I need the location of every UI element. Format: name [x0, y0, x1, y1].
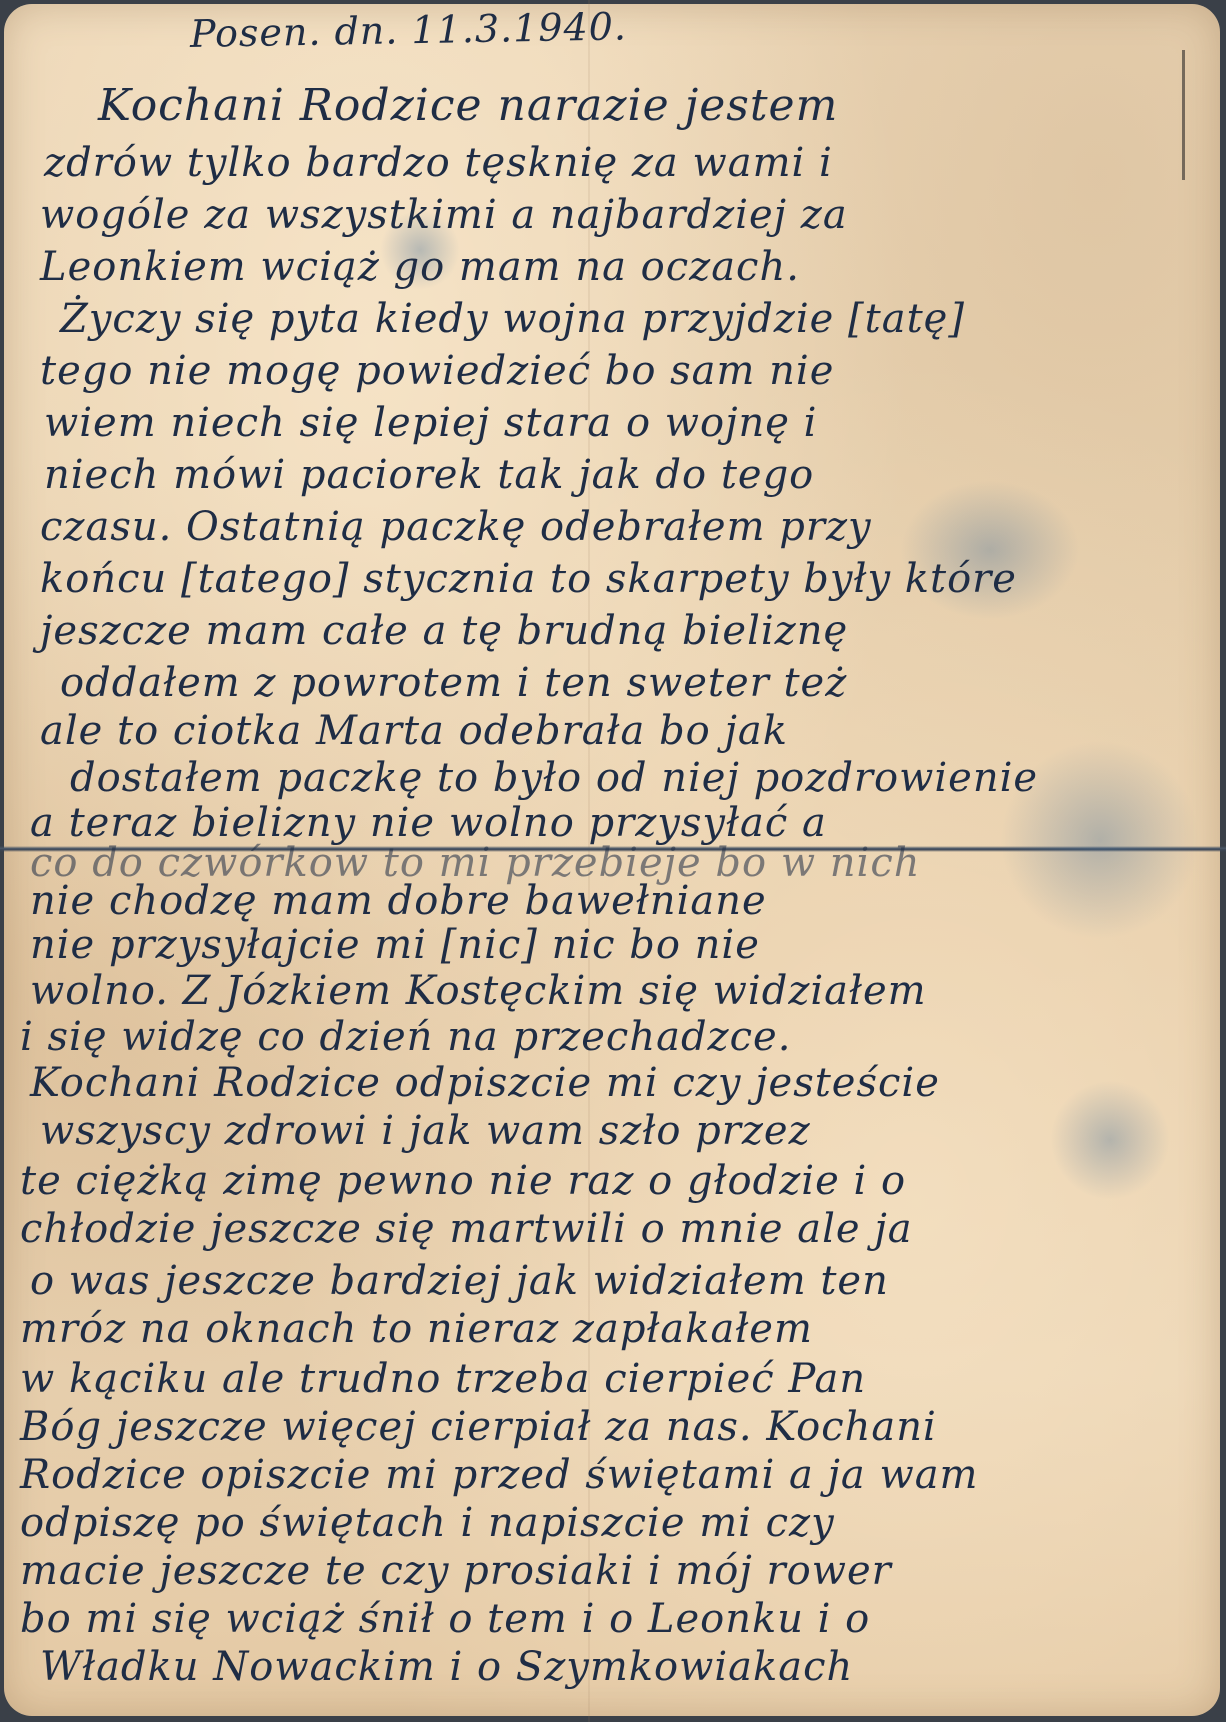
letter-line: te ciężką zimę pewno nie raz o głodzie i…: [20, 1158, 906, 1204]
letter-line: dostałem paczkę to było od niej pozdrowi…: [70, 755, 1038, 801]
letter-line: czasu. Ostatnią paczkę odebrałem przy: [40, 504, 872, 550]
letter-line: wiem niech się lepiej stara o wojnę i: [44, 400, 817, 446]
letter-line: tego nie mogę powiedzieć bo sam nie: [40, 348, 834, 394]
letter-line: mróz na oknach to nieraz zapłakałem: [20, 1306, 813, 1352]
letter-line: oddałem z powrotem i ten sweter też: [60, 660, 847, 706]
letter-line: w kąciku ale trudno trzeba cierpieć Pan: [20, 1356, 866, 1402]
letter-line: chłodzie jeszcze się martwili o mnie ale…: [20, 1206, 913, 1252]
letter-body: Posen. dn. 11.3.1940. Kochani Rodzice na…: [0, 0, 1226, 1722]
letter-line: Leonkiem wciąż go mam na oczach.: [40, 244, 800, 290]
letter-line: macie jeszcze te czy prosiaki i mój rowe…: [20, 1548, 892, 1594]
place-date-heading: Posen. dn. 11.3.1940.: [190, 4, 628, 56]
letter-line: wszyscy zdrowi i jak wam szło przez: [40, 1108, 811, 1154]
letter-line: bo mi się wciąż śnił o tem i o Leonku i …: [20, 1596, 870, 1642]
letter-line: Bóg jeszcze więcej cierpiał za nas. Koch…: [20, 1404, 937, 1450]
letter-line: i się widzę co dzień na przechadzce.: [20, 1014, 791, 1060]
letter-line: ale to ciotka Marta odebrała bo jak: [40, 708, 788, 754]
letter-line: wolno. Z Józkiem Kostęckim się widziałem: [30, 968, 927, 1014]
letter-line: nie przysyłajcie mi [nic] nic bo nie: [30, 922, 760, 968]
letter-line: o was jeszcze bardziej jak widziałem ten: [30, 1258, 889, 1304]
letter-line: Rodzice opiszcie mi przed świętami a ja …: [20, 1452, 979, 1498]
letter-line: Życzy się pyta kiedy wojna przyjdzie [ta…: [60, 296, 965, 342]
letter-line: niech mówi paciorek tak jak do tego: [44, 452, 814, 498]
letter-line: Władku Nowackim i o Szymkowiakach: [40, 1644, 853, 1690]
letter-line: Kochani Rodzice narazie jestem: [98, 80, 838, 131]
letter-line: zdrów tylko bardzo tęsknię za wami i: [44, 140, 833, 186]
letter-line: końcu [tatego] stycznia to skarpety były…: [40, 556, 1017, 602]
letter-line: jeszcze mam całe a tę brudną bieliznę: [40, 608, 848, 654]
letter-line: odpiszę po świętach i napiszcie mi czy: [20, 1500, 835, 1546]
letter-line: wogóle za wszystkimi a najbardziej za: [40, 192, 848, 238]
letter-line: Kochani Rodzice odpiszcie mi czy jesteśc…: [30, 1060, 940, 1106]
letter-line: nie chodzę mam dobre bawełniane: [30, 878, 767, 924]
